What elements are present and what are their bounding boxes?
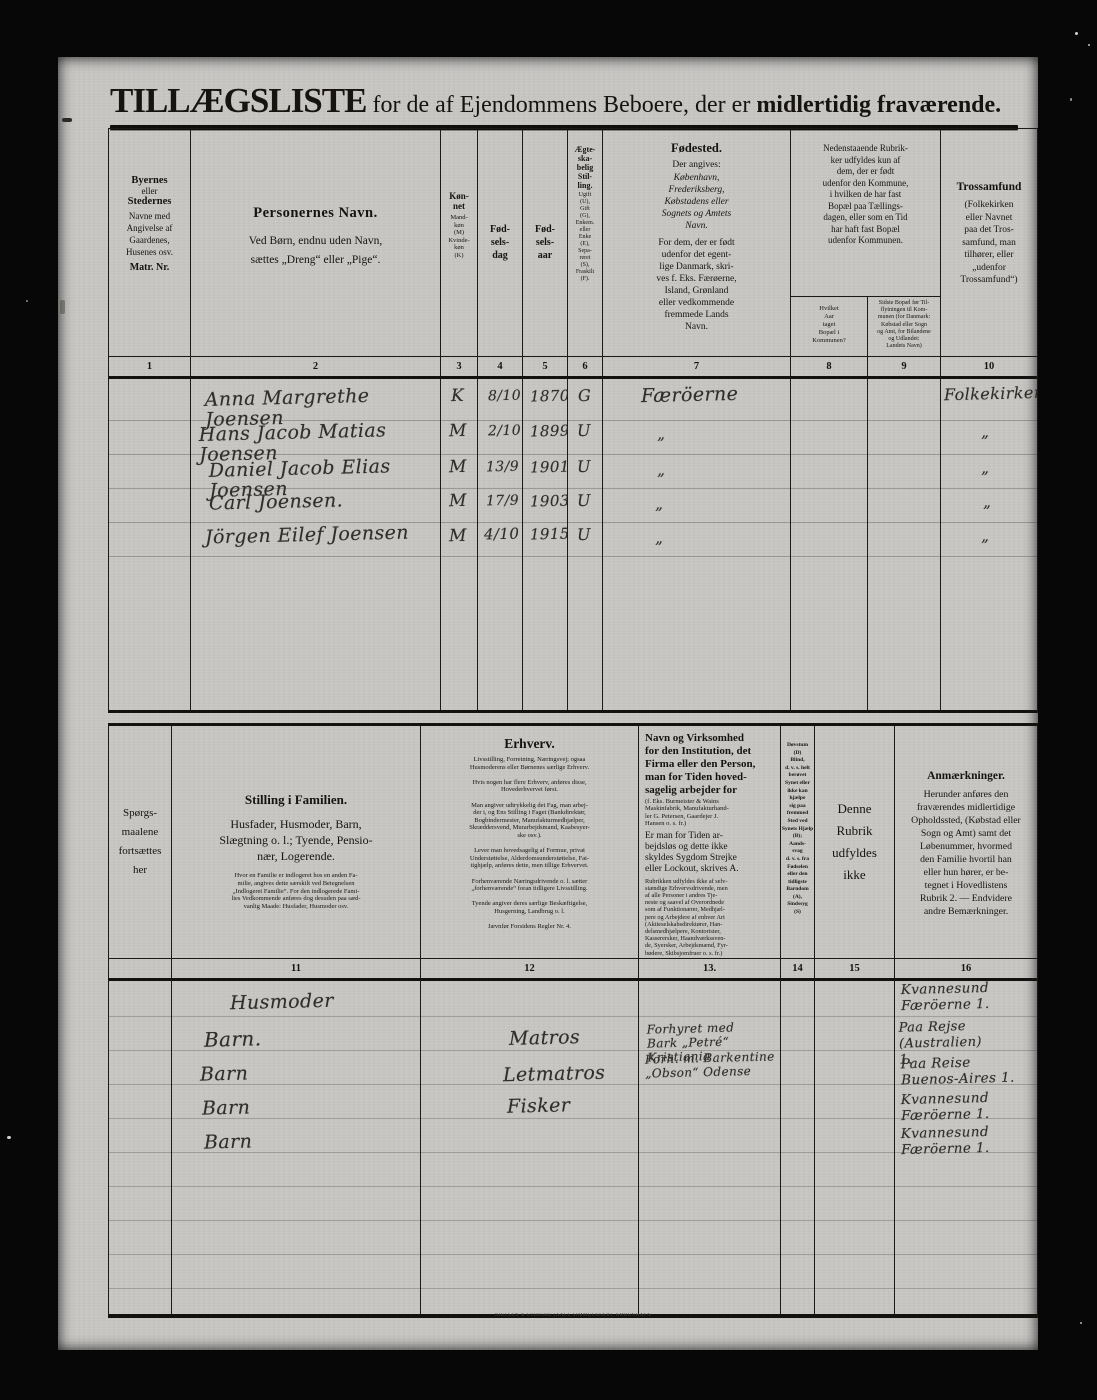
remarks-column: Kvannesund Færöerne 1. Paa Rejse (Austra…	[895, 981, 1037, 1314]
birthday-value: 8/10	[488, 389, 521, 404]
scan-smudge	[62, 118, 72, 122]
previous-residence-column	[868, 379, 941, 710]
ditto-mark: „	[655, 497, 664, 513]
birthyear-value: 1901	[530, 460, 568, 477]
name-column: Anna Margrethe Joensen Hans Jacob Matias…	[191, 379, 441, 710]
occupation-value: Fisker	[507, 1096, 571, 1117]
col8-9-subcells: Hvilket Aar taget Bopæl i Kommunen? Sids…	[791, 296, 940, 356]
col-number: 13.	[639, 959, 781, 978]
printer-imprint: NIELSEN & LYDICHE (AXEL SIMMELKIÆR), KØB…	[108, 1313, 1038, 1318]
page-title: TILLÆGSLISTE for de af Ejendommens Beboe…	[110, 81, 1022, 121]
matr-nr-column	[109, 379, 191, 710]
birthday-value: 2/10	[488, 424, 521, 439]
birthday-value: 13/9	[486, 460, 519, 475]
birthday-value: 17/9	[486, 494, 519, 509]
col-number: 12	[421, 959, 639, 978]
position-value: Barn.	[204, 1028, 262, 1050]
person-name: Jörgen Eilef Joensen	[205, 524, 409, 549]
col-number: 3	[441, 357, 478, 376]
col14-header: Døvstum (D) Blind, d. v. s. helt berøvet…	[781, 726, 815, 958]
col-number: 7	[603, 357, 791, 376]
sex-value: M	[449, 423, 467, 441]
ditto-mark: „	[981, 425, 990, 441]
family-position-column: Husmoder Barn. Barn Barn Barn	[172, 981, 421, 1314]
col11-header: Stilling i Familien. Husfader, Husmoder,…	[172, 726, 421, 958]
col9-subheader: Sidste Bopæl før Til- flytningen til Kom…	[868, 297, 940, 356]
sex-column: K M M M M	[441, 379, 478, 710]
sex-value: M	[449, 528, 467, 546]
unused-column	[815, 981, 895, 1314]
occupation-value: Matros	[509, 1028, 581, 1050]
position-value: Barn	[202, 1098, 251, 1119]
person-name: Carl Joensen.	[209, 491, 344, 514]
birthyear-value: 1899	[530, 424, 568, 441]
remarks-value: Kvannesund Færöerne 1.	[901, 981, 990, 1014]
scan-speck	[1070, 98, 1072, 101]
position-value: Barn	[200, 1064, 249, 1085]
ditto-mark: „	[983, 495, 992, 511]
sex-value: M	[449, 493, 467, 511]
col15-header: Denne Rubrik udfyldes ikke	[815, 726, 895, 958]
scanned-census-page: TILLÆGSLISTE for de af Ejendommens Beboe…	[58, 57, 1038, 1350]
col-number: 6	[568, 357, 603, 376]
birthyear-value: 1915	[530, 527, 568, 544]
table1-persons: Byernes eller Stedernes Navne med Angive…	[108, 128, 1038, 713]
year-moved-column	[791, 379, 868, 710]
scan-speck	[7, 1136, 11, 1139]
col13-header: Navn og Virksomhed for den Institution, …	[639, 726, 781, 958]
side-label-cell: Spørgs- maalene fortsættes her	[109, 726, 172, 958]
faith-value: Folkekirken	[944, 385, 1037, 404]
col6-header: Ægte- ska- belig Stil- ling. Ugift (U), …	[568, 129, 603, 356]
col7-header: Fødested. Der angives: København, Freder…	[603, 129, 791, 356]
col8-9-header-group: Nedenstaaende Rubrik- ker udfyldes kun a…	[791, 129, 941, 356]
scan-smudge	[60, 300, 65, 314]
side-label: Spørgs- maalene fortsættes her	[109, 804, 171, 880]
table1-number-row: 1 2 3 4 5 6 7 8 9 10	[109, 356, 1037, 379]
ditto-mark: „	[657, 463, 666, 479]
birthyear-column: 1870 1899 1901 1903 1915	[523, 379, 568, 710]
occupation-column: Matros Letmatros Fisker	[421, 981, 639, 1314]
col4-header: Fød- sels- dag	[478, 129, 523, 356]
scan-speck	[1075, 32, 1078, 35]
col-number: 1	[109, 357, 191, 376]
col8-subheader: Hvilket Aar taget Bopæl i Kommunen?	[791, 297, 868, 356]
occupation-value: Letmatros	[503, 1064, 606, 1086]
marital-value: U	[577, 459, 591, 476]
scan-speck	[1088, 44, 1090, 46]
marital-value: U	[577, 493, 591, 510]
side-empty-column	[109, 981, 172, 1314]
title-middle: for de af Ejendommens Beboere, der er	[366, 92, 756, 118]
col-number: 10	[941, 357, 1037, 376]
table2-header: Spørgs- maalene fortsættes her Stilling …	[109, 726, 1037, 958]
col-number: 5	[523, 357, 568, 376]
disability-column	[781, 981, 815, 1314]
ditto-mark: „	[655, 531, 664, 547]
col5-header: Fød- sels- aar	[523, 129, 568, 356]
remarks-value: Kvannesund Færöerne 1.	[901, 1090, 990, 1124]
faith-column: Folkekirken „ „ „ „	[941, 379, 1037, 710]
col-number: 2	[191, 357, 441, 376]
title-main: TILLÆGSLISTE	[110, 81, 366, 120]
col2-header: Personernes Navn. Ved Børn, endnu uden N…	[191, 129, 441, 356]
ditto-mark: „	[981, 461, 990, 477]
table2-continuation: Spørgs- maalene fortsættes her Stilling …	[108, 723, 1038, 1318]
col-number: 9	[868, 357, 941, 376]
col-number: 14	[781, 959, 815, 978]
birthplace-value: Færöerne	[641, 385, 739, 407]
employer-value: Forh. m. Barkentine „Obson“ Odense	[645, 1049, 776, 1080]
birthyear-value: 1903	[530, 494, 568, 511]
col8-9-span-text: Nedenstaaende Rubrik- ker udfyldes kun a…	[791, 129, 940, 296]
birthplace-column: Færöerne „ „ „ „	[603, 379, 791, 710]
scan-speck	[1080, 1322, 1082, 1324]
table2-data: Husmoder Barn. Barn Barn Barn Matros Let…	[109, 981, 1037, 1314]
col1-header: Byernes eller Stedernes Navne med Angive…	[109, 129, 191, 356]
table1-header: Byernes eller Stedernes Navne med Angive…	[109, 129, 1037, 356]
remarks-value: Kvannesund Færöerne 1.	[901, 1124, 990, 1158]
sex-value: M	[449, 459, 467, 477]
title-bold-end: midlertidig fraværende.	[756, 92, 1001, 118]
col3-header: Køn- net Mand- køn (M) Kvinde- køn (K)	[441, 129, 478, 356]
marital-status-column: G U U U U	[568, 379, 603, 710]
ditto-mark: „	[981, 529, 990, 545]
table2-number-row: 11 12 13. 14 15 16	[109, 958, 1037, 981]
side-label-number-cell	[109, 959, 172, 978]
birthyear-value: 1870	[530, 389, 568, 406]
col12-header: Erhverv. Livsstilling, Forretning, Nærin…	[421, 726, 639, 958]
birthday-value: 4/10	[484, 527, 520, 544]
sex-value: K	[451, 388, 465, 406]
col16-header: Anmærkninger. Herunder anføres den fravæ…	[895, 726, 1037, 958]
marital-value: U	[577, 423, 591, 440]
position-value: Husmoder	[230, 992, 334, 1014]
col-number: 16	[895, 959, 1037, 978]
col10-header: Trossamfund (Folkekirken eller Navnet pa…	[941, 129, 1037, 356]
table1-data: Anna Margrethe Joensen Hans Jacob Matias…	[109, 379, 1037, 710]
ditto-mark: „	[657, 427, 666, 443]
col-number: 15	[815, 959, 895, 978]
marital-value: G	[578, 388, 592, 405]
employer-column: Forhyret med Bark „Petré“ Kristiania For…	[639, 981, 781, 1314]
birthday-column: 8/10 2/10 13/9 17/9 4/10	[478, 379, 523, 710]
col-number: 11	[172, 959, 421, 978]
position-value: Barn	[204, 1132, 253, 1153]
marital-value: U	[577, 527, 591, 544]
remarks-value: Paa Reise Buenos-Aires 1.	[901, 1054, 1015, 1089]
col-number: 8	[791, 357, 868, 376]
scan-speck	[26, 300, 28, 302]
col-number: 4	[478, 357, 523, 376]
